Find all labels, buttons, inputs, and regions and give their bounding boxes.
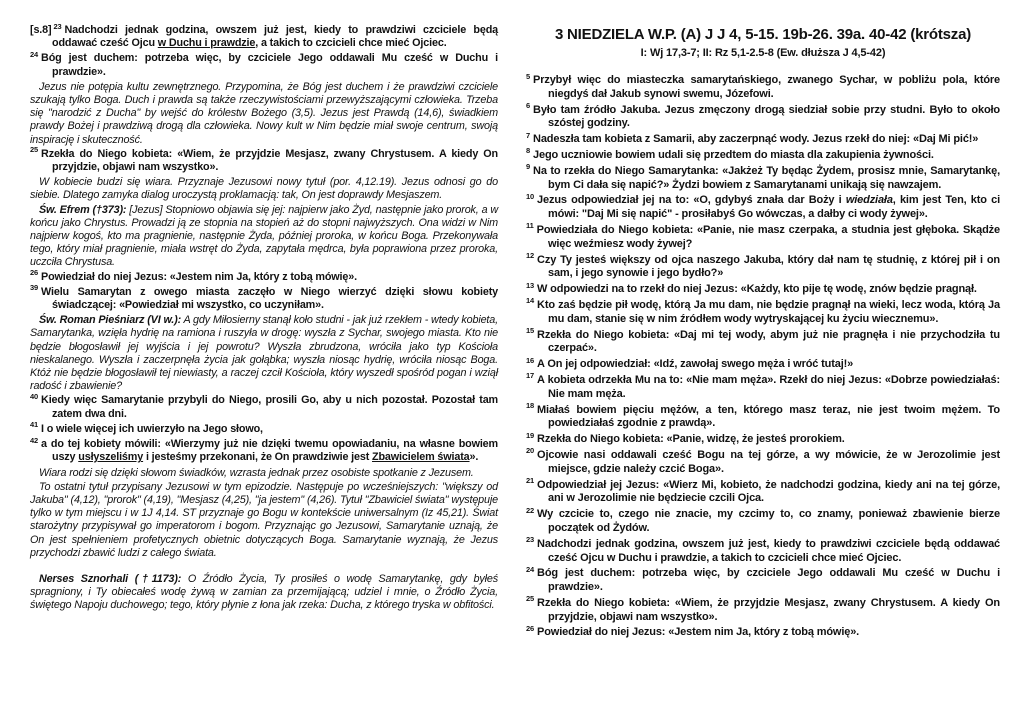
verse-text: Bóg jest duchem: potrzeba więc, by czcic… <box>537 567 1000 593</box>
verse-number: 41 <box>30 420 38 429</box>
verse-text: Nadchodzi jednak godzina, owszem już jes… <box>537 538 1000 564</box>
verse-number: 6 <box>526 101 530 110</box>
quote-author: Św. Efrem (†373): <box>39 204 126 216</box>
verse-number: 16 <box>526 356 534 365</box>
quote-author: Św. Roman Pieśniarz (VI w.): <box>39 314 181 326</box>
verse-number: 9 <box>526 162 530 171</box>
verse-text: i jesteśmy przekonani, że On prawdziwie … <box>143 451 372 463</box>
verse-number: 14 <box>526 296 534 305</box>
verse-number: 25 <box>30 145 38 154</box>
verse-number: 11 <box>526 221 534 230</box>
verse-number: 7 <box>526 131 530 140</box>
emphasized-word: wiedziała <box>846 194 893 206</box>
verse-number: 24 <box>526 565 534 574</box>
verse-8: 8Jego uczniowie bowiem udali się przedte… <box>526 149 1000 163</box>
verse-text: Na to rzekła do Niego Samarytanka: «Jakż… <box>533 165 1000 191</box>
quote-author: Nerses Sznorhali (†1173): <box>39 573 181 585</box>
commentary-text: Wiara rodzi się dzięki słowom świadków, … <box>39 467 474 479</box>
verse-text: Przybył więc do miasteczka samarytańskie… <box>533 74 1000 100</box>
quote-efrem: Św. Efrem (†373): [Jezus] Stopniowo obja… <box>30 204 498 270</box>
verse-number: 25 <box>526 594 534 603</box>
verse-12: 12Czy Ty jesteś większy od ojca naszego … <box>526 254 1000 282</box>
verse-number: 13 <box>526 281 534 290</box>
verse-20: 20Ojcowie nasi oddawali cześć Bogu na te… <box>526 449 1000 477</box>
verse-25-commented: 25Rzekła do Niego kobieta: «Wiem, że prz… <box>30 148 498 174</box>
verse-number: 24 <box>30 50 38 59</box>
verse-text: Bóg jest duchem: potrzeba więc, by czcic… <box>41 52 498 77</box>
verse-number: 26 <box>526 624 534 633</box>
verse-number: 18 <box>526 401 534 410</box>
verse-number: 26 <box>30 268 38 277</box>
verse-text: Rzekła do Niego kobieta: «Panie, widzę, … <box>537 433 845 445</box>
verse-number: 21 <box>526 476 534 485</box>
verse-26: 26Powiedział do niej Jezus: «Jestem nim … <box>526 626 1000 640</box>
commentary-text: To ostatni tytuł przypisany Jezusowi w t… <box>30 481 498 559</box>
verse-7: 7Nadeszła tam kobieta z Samarii, aby zac… <box>526 133 1000 147</box>
verse-9: 9Na to rzekła do Niego Samarytanka: «Jak… <box>526 165 1000 193</box>
verse-text: Rzekła do Niego kobieta: «Daj mi tej wod… <box>537 329 1000 355</box>
verse-text: Powiedział do niej Jezus: «Jestem nim Ja… <box>537 626 859 638</box>
verse-14: 14Kto zaś będzie pił wodę, którą Ja mu d… <box>526 299 1000 327</box>
verse-text: Ojcowie nasi oddawali cześć Bogu na tej … <box>537 449 1000 475</box>
verse-text: W odpowiedzi na to rzekł do niej Jezus: … <box>537 283 977 295</box>
verse-text: Powiedziała do Niego kobieta: «Panie, ni… <box>537 224 1000 250</box>
verse-21: 21Odpowiedział jej Jezus: «Wierz Mi, kob… <box>526 479 1000 507</box>
verse-text: Rzekła do Niego kobieta: «Wiem, że przyj… <box>41 148 498 173</box>
commentary-text: Jezus nie potępia kultu zewnętrznego. Pr… <box>30 81 498 146</box>
verse-23-commented: [s.8]23Nadchodzi jednak godzina, owszem … <box>30 24 498 50</box>
verse-39-commented: 39Wielu Samarytan z owego miasta zaczęło… <box>30 286 498 312</box>
commentary-paragraph: Wiara rodzi się dzięki słowom świadków, … <box>30 467 498 480</box>
verse-6: 6Było tam źródło Jakuba. Jezus zmęczony … <box>526 104 1000 132</box>
lectionary-readings: I: Wj 17,3-7; II: Rz 5,1-2.5-8 (Ew. dłuż… <box>526 46 1000 60</box>
quote-nerses: Nerses Sznorhali (†1173): O Źródło Życia… <box>30 573 498 613</box>
verse-13: 13W odpowiedzi na to rzekł do niej Jezus… <box>526 283 1000 297</box>
lectionary-title: 3 NIEDZIELA W.P. (A) J J 4, 5-15. 19b-26… <box>526 26 1000 43</box>
page-ref: [s.8] <box>30 24 51 36</box>
verse-number: 15 <box>526 326 534 335</box>
verse-text: A kobieta odrzekła Mu na to: «Nie mam mę… <box>537 374 1000 400</box>
verse-number: 10 <box>526 192 534 201</box>
verse-5: 5Przybył więc do miasteczka samarytański… <box>526 74 1000 102</box>
verse-number: 23 <box>53 22 61 31</box>
verse-text: Było tam źródło Jakuba. Jezus zmęczony d… <box>533 104 1000 130</box>
verse-text: Wy czcicie to, czego nie znacie, my czci… <box>537 508 1000 534</box>
verse-text: Powiedział do niej Jezus: «Jestem nim Ja… <box>41 271 357 283</box>
verse-number: 22 <box>526 506 534 515</box>
verse-text: I o wiele więcej ich uwierzyło na Jego s… <box>41 423 263 435</box>
verse-number: 39 <box>30 283 38 292</box>
verse-text: Kto zaś będzie pił wodę, którą Ja mu dam… <box>537 299 1000 325</box>
underlined-phrase: usłyszeliśmy <box>78 451 143 463</box>
verse-10: 10Jezus odpowiedział jej na to: «O, gdyb… <box>526 194 1000 222</box>
verse-text: , a takich to czcicieli chce mieć Ojciec… <box>255 37 446 49</box>
verse-number: 40 <box>30 392 38 401</box>
commentary-paragraph: To ostatni tytuł przypisany Jezusowi w t… <box>30 481 498 560</box>
verse-24: 24Bóg jest duchem: potrzeba więc, by czc… <box>526 567 1000 595</box>
verse-41-commented: 41I o wiele więcej ich uwierzyło na Jego… <box>30 423 498 436</box>
verse-number: 23 <box>526 535 534 544</box>
verse-40-commented: 40Kiedy więc Samarytanie przybyli do Nie… <box>30 394 498 420</box>
right-column: 3 NIEDZIELA W.P. (A) J J 4, 5-15. 19b-26… <box>526 24 1000 724</box>
verse-text: Czy Ty jesteś większy od ojca naszego Ja… <box>537 254 1000 280</box>
verse-24-commented: 24Bóg jest duchem: potrzeba więc, by czc… <box>30 52 498 78</box>
underlined-phrase: w Duchu i prawdzie <box>158 37 255 49</box>
verse-number: 12 <box>526 251 534 260</box>
verse-number: 8 <box>526 146 530 155</box>
verse-16: 16A On jej odpowiedział: «Idź, zawołaj s… <box>526 358 1000 372</box>
verse-19: 19Rzekła do Niego kobieta: «Panie, widzę… <box>526 433 1000 447</box>
verse-26-commented: 26Powiedział do niej Jezus: «Jestem nim … <box>30 271 498 284</box>
verse-23: 23Nadchodzi jednak godzina, owszem już j… <box>526 538 1000 566</box>
verse-text: Wielu Samarytan z owego miasta zaczęło w… <box>41 286 498 311</box>
verse-text: Rzekła do Niego kobieta: «Wiem, że przyj… <box>537 597 1000 623</box>
document-page: [s.8]23Nadchodzi jednak godzina, owszem … <box>0 0 1024 724</box>
left-column: [s.8]23Nadchodzi jednak godzina, owszem … <box>30 24 498 724</box>
commentary-paragraph: W kobiecie budzi się wiara. Przyznaje Je… <box>30 176 498 202</box>
verse-text: Miałaś bowiem pięciu mężów, a ten, które… <box>537 404 1000 430</box>
verse-text: A On jej odpowiedział: «Idź, zawołaj swe… <box>537 358 853 370</box>
verse-11: 11Powiedziała do Niego kobieta: «Panie, … <box>526 224 1000 252</box>
verse-number: 17 <box>526 371 534 380</box>
verse-text: Kiedy więc Samarytanie przybyli do Niego… <box>41 394 498 419</box>
verse-number: 19 <box>526 431 534 440</box>
verse-17: 17A kobieta odrzekła Mu na to: «Nie mam … <box>526 374 1000 402</box>
underlined-phrase: Zbawicielem świata <box>372 451 470 463</box>
verse-text: ». <box>470 451 479 463</box>
verse-number: 5 <box>526 72 530 81</box>
verse-text: Jego uczniowie bowiem udali się przedtem… <box>533 149 934 161</box>
verse-22: 22Wy czcicie to, czego nie znacie, my cz… <box>526 508 1000 536</box>
verse-42-commented: 42a do tej kobiety mówili: «Wierzymy już… <box>30 438 498 464</box>
verse-text: Nadeszła tam kobieta z Samarii, aby zacz… <box>533 133 978 145</box>
verse-text: Odpowiedział jej Jezus: «Wierz Mi, kobie… <box>537 479 1000 505</box>
verse-25: 25Rzekła do Niego kobieta: «Wiem, że prz… <box>526 597 1000 625</box>
commentary-paragraph: Jezus nie potępia kultu zewnętrznego. Pr… <box>30 81 498 147</box>
quote-roman: Św. Roman Pieśniarz (VI w.): A gdy Miłos… <box>30 314 498 393</box>
verse-number: 42 <box>30 436 38 445</box>
verse-15: 15Rzekła do Niego kobieta: «Daj mi tej w… <box>526 329 1000 357</box>
commentary-text: W kobiecie budzi się wiara. Przyznaje Je… <box>30 176 498 201</box>
verse-number: 20 <box>526 446 534 455</box>
verse-text: Jezus odpowiedział jej na to: «O, gdybyś… <box>537 194 846 206</box>
verse-18: 18Miałaś bowiem pięciu mężów, a ten, któ… <box>526 404 1000 432</box>
